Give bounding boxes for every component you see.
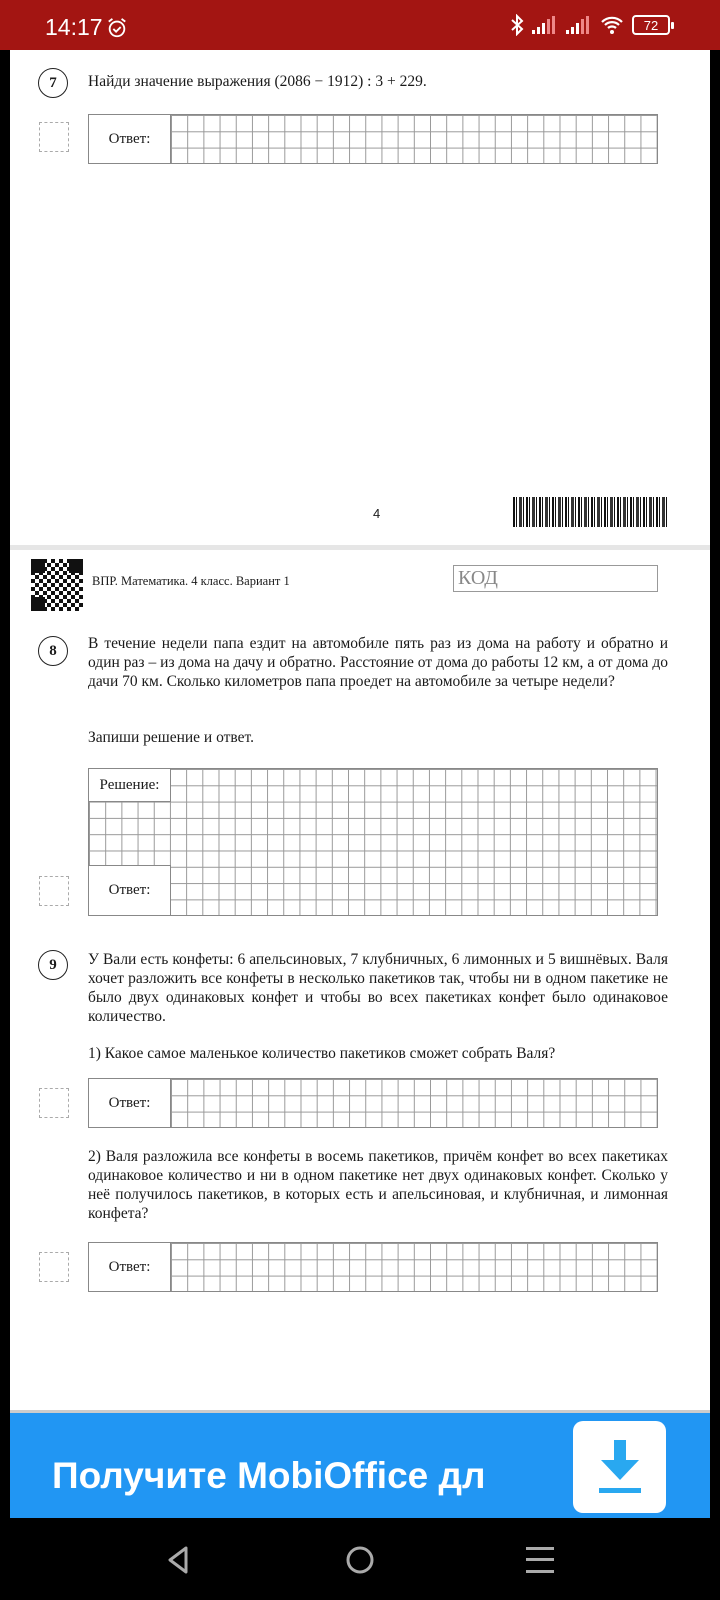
navigation-bar [0,1518,720,1600]
score-box [39,1088,69,1118]
home-icon [345,1545,375,1575]
download-icon [595,1438,645,1496]
qr-code [31,559,83,611]
answer-label: Ответ: [89,1243,171,1291]
question-text: У Вали есть конфеты: 6 апельсиновых, 7 к… [88,950,668,1026]
question-text: Найди значение выражения (2086 − 1912) :… [88,72,668,91]
code-field: КОД [453,565,658,592]
promo-banner[interactable]: Получите MobiOffice дл [10,1410,710,1518]
solution-grid: Решение: Ответ: [88,768,658,916]
document-page: ВПР. Математика. 4 класс. Вариант 1 КОД … [10,550,710,1410]
score-box [39,1252,69,1282]
signal-icon [532,16,558,34]
score-box [39,122,69,152]
battery-icon: 72 [632,15,670,35]
answer-label: Ответ: [89,1079,171,1127]
instruction-text: Запиши решение и ответ. [88,728,668,747]
recents-icon [526,1545,554,1575]
home-button[interactable] [338,1538,382,1582]
bluetooth-icon [510,14,524,36]
status-icons: 72 [510,14,670,36]
back-icon [166,1545,190,1575]
document-page: 7 Найди значение выражения (2086 − 1912)… [10,50,710,545]
question-number: 8 [38,636,68,666]
answer-label: Ответ: [89,115,171,163]
answer-grid [171,1243,657,1291]
answer-box: Ответ: [88,1078,658,1128]
clock: 14:17 [45,14,103,41]
banner-text[interactable]: Получите MobiOffice дл [52,1455,522,1497]
solution-label: Решение: [89,769,171,802]
question-part: 2) Валя разложила все конфеты в восемь п… [88,1147,668,1223]
question-number: 9 [38,950,68,980]
question-part: 1) Какое самое маленькое количество паке… [88,1044,668,1063]
wifi-icon [600,15,624,35]
alarm-icon [106,17,128,39]
signal-icon [566,16,592,34]
recents-button[interactable] [518,1538,562,1582]
answer-label: Ответ: [89,865,171,915]
score-box [39,876,69,906]
answer-grid [171,1079,657,1127]
download-button[interactable] [573,1421,666,1513]
barcode [513,497,668,527]
back-button[interactable] [156,1538,200,1582]
page-header: ВПР. Математика. 4 класс. Вариант 1 [92,574,290,589]
status-bar: 14:17 72 [0,0,720,50]
page-number: 4 [373,506,380,521]
question-text: В течение недели папа ездит на автомобил… [88,634,668,691]
answer-box: Ответ: [88,1242,658,1292]
question-number: 7 [38,68,68,98]
answer-box: Ответ: [88,114,658,164]
answer-grid [171,115,657,163]
